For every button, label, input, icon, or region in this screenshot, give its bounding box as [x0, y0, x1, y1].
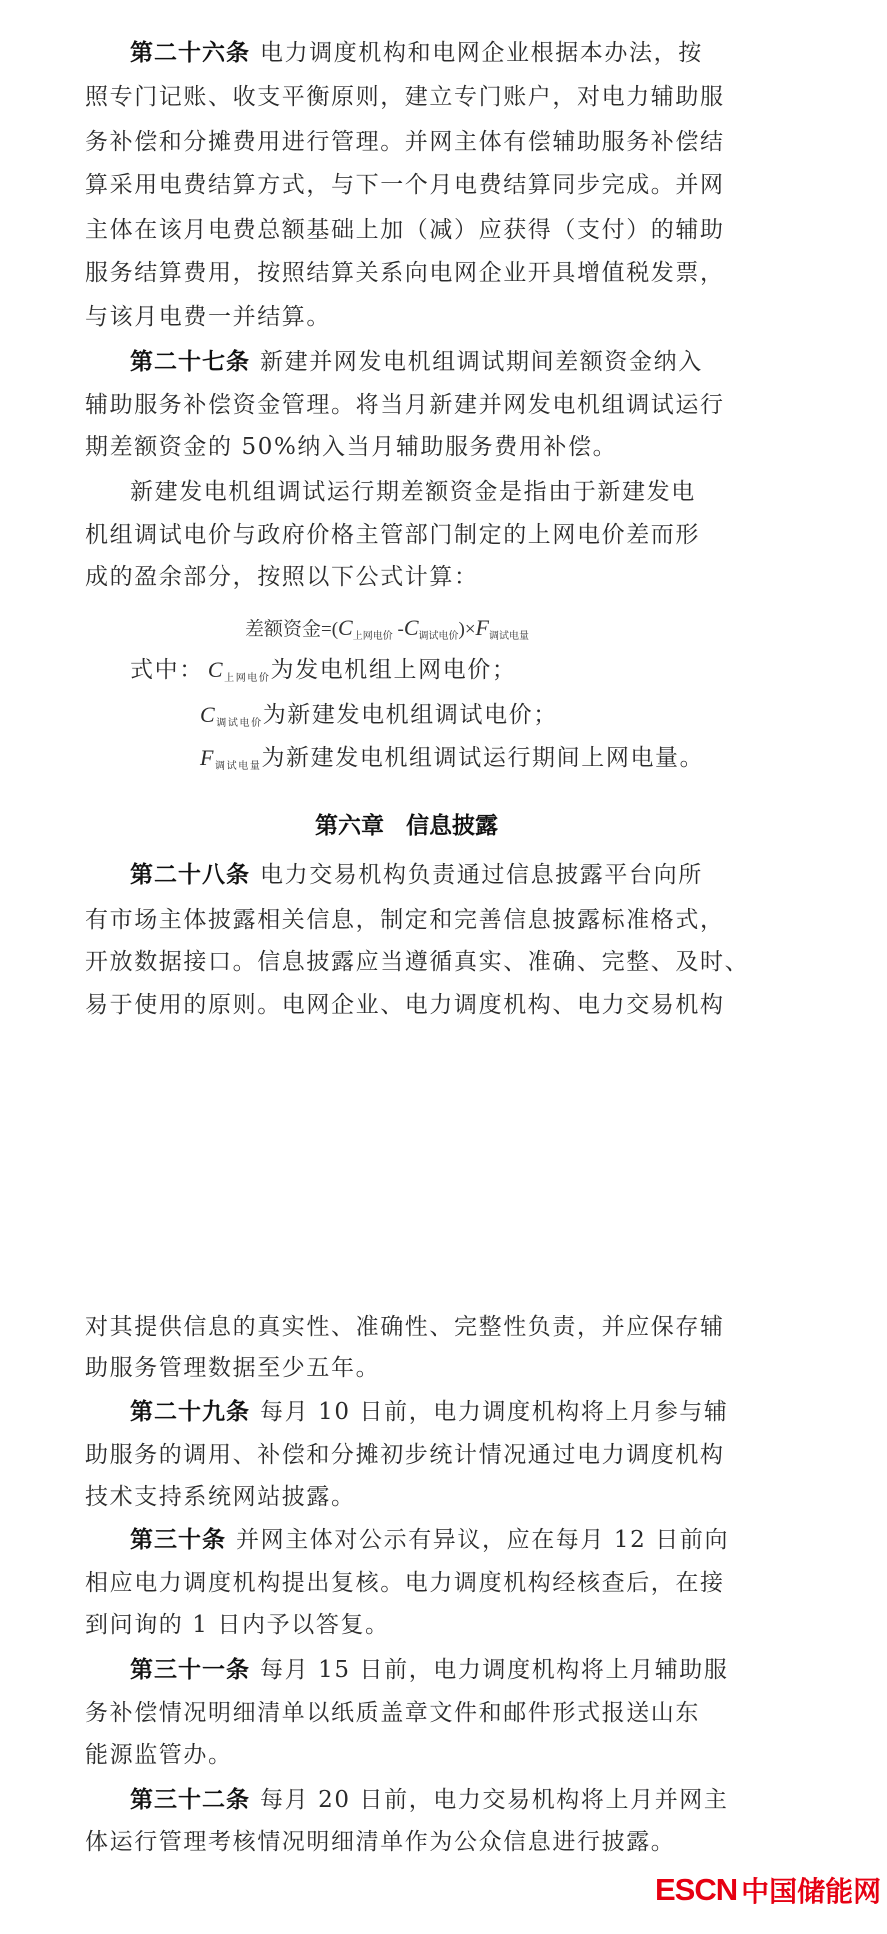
- article-text: 每月 20 日前，电力交易机构将上月并网主: [260, 1787, 729, 1813]
- article-26-line-3: 务补偿和分摊费用进行管理。并网主体有偿辅助服务补偿结: [85, 127, 695, 157]
- article-text: 并网主体对公示有异议，应在每月 12 日前向: [236, 1527, 729, 1553]
- article-28-line-6: 助服务管理数据至少五年。: [85, 1353, 695, 1383]
- article-26-line-4: 算采用电费结算方式，与下一个月电费结算同步完成。并网: [85, 170, 695, 200]
- formula-sub-f: 调试电量: [489, 631, 529, 642]
- formula-var-f: F: [476, 615, 489, 640]
- article-29-line-3: 技术支持系统网站披露。: [85, 1482, 695, 1512]
- article-31-line-3: 能源监管办。: [85, 1740, 695, 1770]
- escn-watermark-logo: ESCN中国储能网: [655, 1874, 881, 1906]
- article-32-line-2: 体运行管理考核情况明细清单作为公众信息进行披露。: [85, 1827, 695, 1857]
- article-text: 新建并网发电机组调试期间差额资金纳入: [260, 349, 703, 375]
- logo-text-en: ESCN: [655, 1872, 737, 1908]
- article-27-line-2: 辅助服务补偿资金管理。将当月新建并网发电机组调试运行: [85, 390, 695, 420]
- difference-fund-formula: 差额资金=(C上网电价 -C调试电价)×F调试电量: [245, 614, 529, 642]
- formula-lhs: 差额资金=(: [245, 619, 338, 640]
- article-28-title: 第二十八条: [130, 862, 250, 888]
- chapter-number: 第六章: [315, 813, 384, 839]
- where-var-1: C上网电价: [208, 657, 271, 682]
- article-text: 每月 15 日前，电力调度机构将上月辅助服: [260, 1657, 729, 1683]
- where-var-3: F调试电量: [200, 745, 261, 770]
- formula-where-line-2: C调试电价为新建发电机组调试电价；: [200, 700, 810, 730]
- article-28-line-1: 第二十八条电力交易机构负责通过信息披露平台向所: [130, 860, 740, 890]
- where-desc-1: 为发电机组上网电价；: [271, 657, 517, 683]
- formula-var-c2: C: [404, 615, 419, 640]
- article-26-line-2: 照专门记账、收支平衡原则，建立专门账户，对电力辅助服: [85, 82, 695, 112]
- logo-text-cn: 中国储能网: [741, 1870, 881, 1910]
- article-28-line-5: 对其提供信息的真实性、准确性、完整性负责，并应保存辅: [85, 1312, 695, 1342]
- article-29-line-2: 助服务的调用、补偿和分摊初步统计情况通过电力调度机构: [85, 1440, 695, 1470]
- formula-sub-c1: 上网电价: [353, 631, 393, 642]
- article-32-line-1: 第三十二条每月 20 日前，电力交易机构将上月并网主: [130, 1785, 740, 1815]
- article-30-line-2: 相应电力调度机构提出复核。电力调度机构经核查后，在接: [85, 1568, 695, 1598]
- formula-where-line-3: F调试电量为新建发电机组调试运行期间上网电量。: [200, 743, 810, 773]
- article-27-line-3: 期差额资金的 50%纳入当月辅助服务费用补偿。: [85, 432, 695, 462]
- article-31-title: 第三十一条: [130, 1657, 250, 1683]
- article-26-line-5: 主体在该月电费总额基础上加（减）应获得（支付）的辅助: [85, 215, 695, 245]
- article-26-line-6: 服务结算费用，按照结算关系向电网企业开具增值税发票，: [85, 258, 695, 288]
- article-28-line-3: 开放数据接口。信息披露应当遵循真实、准确、完整、及时、: [85, 947, 695, 977]
- formula-where-line-1: 式中：C上网电价为发电机组上网电价；: [130, 655, 740, 685]
- where-desc-3: 为新建发电机组调试运行期间上网电量。: [261, 745, 704, 771]
- where-desc-2: 为新建发电机组调试电价；: [263, 702, 558, 728]
- chapter-heading: 第六章信息披露: [315, 807, 498, 840]
- article-26-line-1: 第二十六条电力调度机构和电网企业根据本办法，按: [130, 38, 740, 68]
- article-26-line-7: 与该月电费一并结算。: [85, 302, 695, 332]
- formula-minus: -: [393, 619, 404, 640]
- article-30-line-1: 第三十条并网主体对公示有异议，应在每月 12 日前向: [130, 1525, 740, 1555]
- article-30-title: 第三十条: [130, 1527, 226, 1553]
- article-27-para2-line-2: 机组调试电价与政府价格主管部门制定的上网电价差而形: [85, 520, 695, 550]
- formula-sub-c2: 调试电价: [419, 631, 459, 642]
- article-29-line-1: 第二十九条每月 10 日前，电力调度机构将上月参与辅: [130, 1397, 740, 1427]
- article-30-line-3: 到问询的 1 日内予以答复。: [85, 1610, 695, 1640]
- article-27-line-1: 第二十七条新建并网发电机组调试期间差额资金纳入: [130, 347, 740, 377]
- formula-times: )×: [459, 619, 476, 640]
- article-text: 电力交易机构负责通过信息披露平台向所: [260, 862, 703, 888]
- chapter-name: 信息披露: [406, 813, 498, 839]
- article-29-title: 第二十九条: [130, 1399, 250, 1425]
- article-26-title: 第二十六条: [130, 40, 250, 66]
- article-32-title: 第三十二条: [130, 1787, 250, 1813]
- where-label: 式中：: [130, 657, 204, 683]
- article-28-line-2: 有市场主体披露相关信息，制定和完善信息披露标准格式，: [85, 905, 695, 935]
- article-text: 每月 10 日前，电力调度机构将上月参与辅: [260, 1399, 729, 1425]
- formula-var-c1: C: [338, 615, 353, 640]
- where-var-2: C调试电价: [200, 702, 263, 727]
- article-31-line-2: 务补偿情况明细清单以纸质盖章文件和邮件形式报送山东: [85, 1698, 695, 1728]
- article-31-line-1: 第三十一条每月 15 日前，电力调度机构将上月辅助服: [130, 1655, 740, 1685]
- article-27-para2-line-3: 成的盈余部分，按照以下公式计算：: [85, 562, 695, 592]
- article-text: 电力调度机构和电网企业根据本办法，按: [260, 40, 703, 66]
- article-27-para2-line-1: 新建发电机组调试运行期差额资金是指由于新建发电: [130, 477, 740, 507]
- article-28-line-4: 易于使用的原则。电网企业、电力调度机构、电力交易机构: [85, 990, 695, 1020]
- article-27-title: 第二十七条: [130, 349, 250, 375]
